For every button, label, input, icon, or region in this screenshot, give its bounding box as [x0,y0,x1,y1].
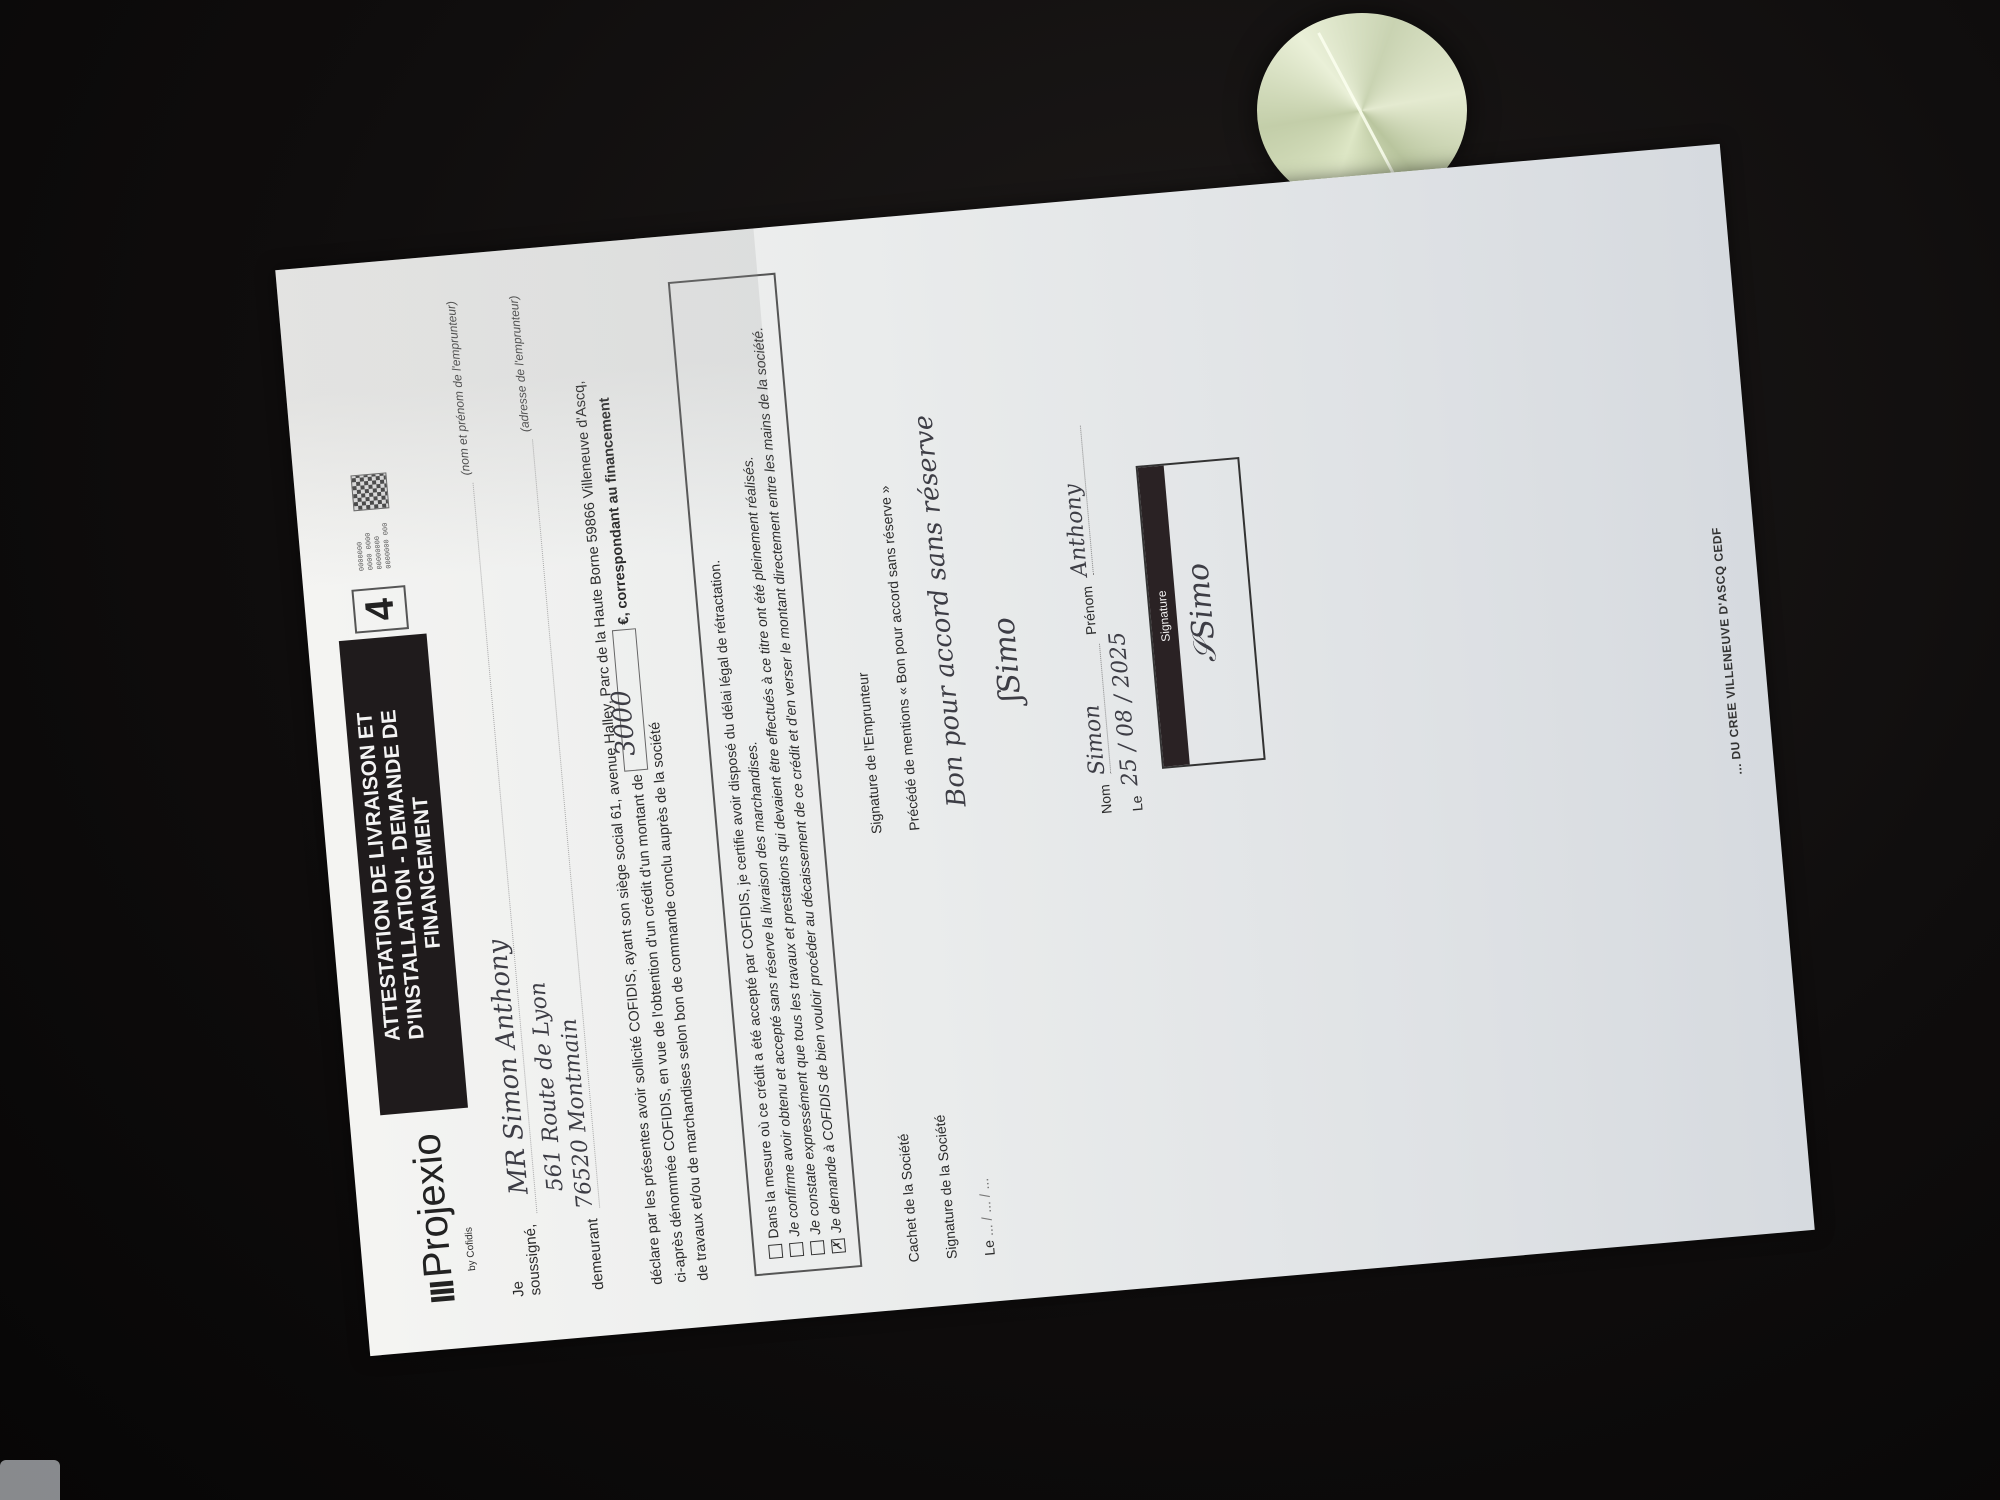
form-sheet: III Projexio ATTESTATION DE LIVRAISON ET… [275,144,1814,1356]
company-date-field[interactable]: ... / ... / ... [975,1178,996,1238]
soussigne-value: MR Simon Anthony [483,938,535,1195]
projexio-logo: III Projexio [404,1132,464,1306]
form-number: 4 [351,585,409,634]
initial-signature: ʃSimo [955,254,1029,703]
borrower-date-field[interactable]: 25 / 08 / 2025 [1105,631,1143,787]
checkbox-4-checked[interactable]: ✗ [831,1238,846,1253]
prenom-label: Prénom [1079,585,1099,635]
amount-value: 3000 [610,689,638,757]
nom-field[interactable]: Simon [1074,644,1111,776]
borrower-signature: Signature de l'Emprunteur Précédé de men… [819,234,1269,835]
nom-label: Nom [1096,784,1115,815]
demeurant-label: demeurant [583,1208,607,1291]
footer-code: ... DU CREE VILLENEUVE D'ASCQ CEDF [1709,527,1745,776]
company-date-label: Le [981,1240,998,1257]
form-title: ATTESTATION DE LIVRAISON ET D'INSTALLATI… [339,634,468,1116]
demeurant-hint: (adresse de l'emprunteur) [506,295,532,433]
logo-name: Projexio [404,1132,461,1280]
logo-bars-icon: III [423,1280,464,1306]
checkbox-1[interactable] [768,1244,783,1259]
soussigne-hint: (nom et prénom de l'emprunteur) [444,300,473,476]
borrower-date-label: Le [1128,795,1145,812]
reference-codes: 00000000000 0000000000000000000 000 [355,522,395,571]
checkbox-3[interactable] [810,1240,825,1255]
signature-box[interactable]: Signature 𝒮Simo [1136,457,1266,769]
soussigne-label: Je soussigné, [504,1213,545,1298]
signature-section: Cachet de la Société Signature de la Soc… [819,234,1306,1263]
datamatrix-code-icon [350,472,389,511]
checkbox-2[interactable] [789,1242,804,1257]
background-object [0,1460,60,1500]
company-signature: Cachet de la Société Signature de la Soc… [869,800,1307,1263]
